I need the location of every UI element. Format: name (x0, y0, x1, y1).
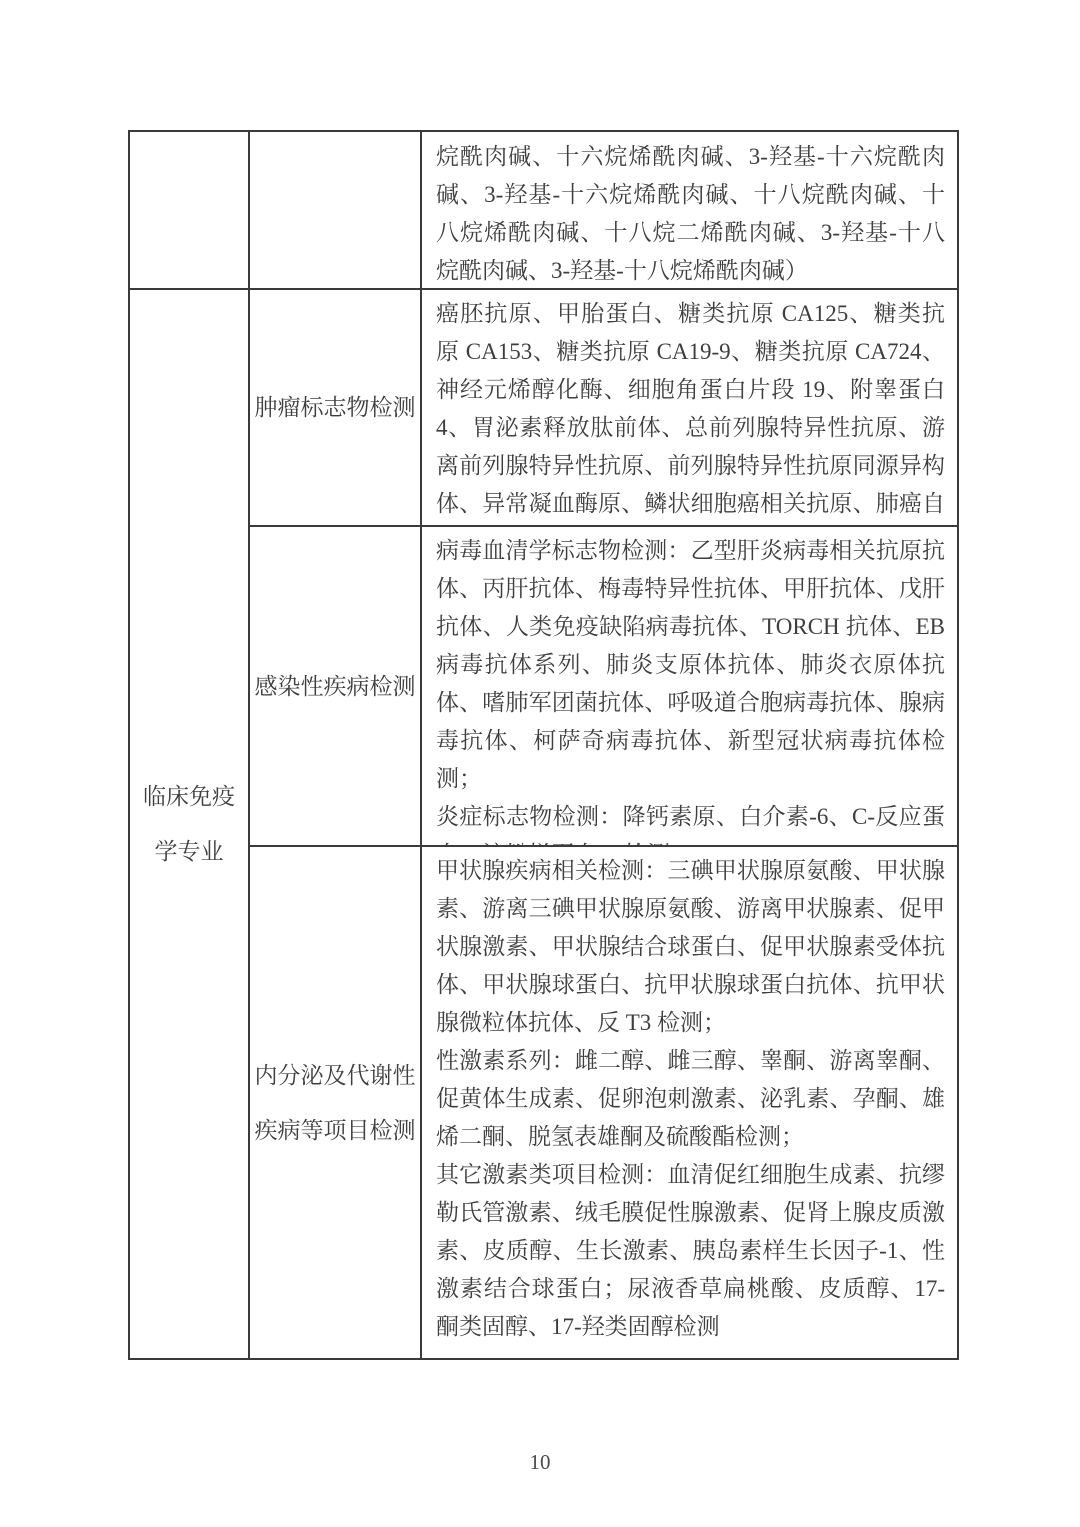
cell-specialty-empty (129, 131, 249, 289)
specialty-label: 临床免疫 学专业 (130, 769, 248, 879)
table-row-infectious-disease: 感染性疾病检测 病毒血清学标志物检测：乙型肝炎病毒相关抗原抗体、丙肝抗体、梅毒特… (129, 526, 958, 846)
category-label-line: 肿瘤标志物检测 (250, 380, 420, 435)
items-paragraph-other-hormones: 其它激素类项目检测：血清促红细胞生成素、抗缪勒氏管激素、绒毛膜促性腺激素、促肾上… (436, 1156, 945, 1346)
table-row-endocrine-metabolic: 内分泌及代谢性 疾病等项目检测 甲状腺疾病相关检测：三碘甲状腺原氨酸、甲状腺素、… (129, 846, 958, 1359)
items-paragraph-viral-serology: 病毒血清学标志物检测：乙型肝炎病毒相关抗原抗体、丙肝抗体、梅毒特异性抗体、甲肝抗… (436, 532, 945, 798)
table-row-carnitine-continuation: 烷酰肉碱、十六烷烯酰肉碱、3-羟基-十六烷酰肉碱、3-羟基-十六烷烯酰肉碱、十八… (129, 131, 958, 289)
items-paragraph-thyroid: 甲状腺疾病相关检测：三碘甲状腺原氨酸、甲状腺素、游离三碘甲状腺原氨酸、游离甲状腺… (436, 852, 945, 1042)
cell-items-tumor-markers: 癌胚抗原、甲胎蛋白、糖类抗原 CA125、糖类抗原 CA153、糖类抗原 CA1… (421, 289, 958, 526)
specialty-label-line-2: 学专业 (130, 824, 248, 879)
cell-category-endocrine-metabolic: 内分泌及代谢性 疾病等项目检测 (249, 846, 421, 1359)
table-row-tumor-markers: 临床免疫 学专业 肿瘤标志物检测 癌胚抗原、甲胎蛋白、糖类抗原 CA125、糖类… (129, 289, 958, 526)
items-textbox: 癌胚抗原、甲胎蛋白、糖类抗原 CA125、糖类抗原 CA153、糖类抗原 CA1… (422, 290, 957, 525)
cell-category-infectious-disease: 感染性疾病检测 (249, 526, 421, 846)
items-textbox: 病毒血清学标志物检测：乙型肝炎病毒相关抗原抗体、丙肝抗体、梅毒特异性抗体、甲肝抗… (422, 527, 957, 845)
items-paragraph: 烷酰肉碱、十六烷烯酰肉碱、3-羟基-十六烷酰肉碱、3-羟基-十六烷烯酰肉碱、十八… (436, 138, 945, 288)
category-label: 肿瘤标志物检测 (250, 380, 420, 435)
items-textbox: 烷酰肉碱、十六烷烯酰肉碱、3-羟基-十六烷酰肉碱、3-羟基-十六烷烯酰肉碱、十八… (422, 133, 957, 288)
cell-category-tumor-markers: 肿瘤标志物检测 (249, 289, 421, 526)
items-paragraph-inflammation-markers: 炎症标志物检测：降钙素原、白介素-6、C-反应蛋白、淀粉样蛋白 A 检测 (436, 798, 945, 845)
items-textbox: 甲状腺疾病相关检测：三碘甲状腺原氨酸、甲状腺素、游离三碘甲状腺原氨酸、游离甲状腺… (422, 847, 957, 1358)
cell-items-carnitine: 烷酰肉碱、十六烷烯酰肉碱、3-羟基-十六烷酰肉碱、3-羟基-十六烷烯酰肉碱、十八… (421, 131, 958, 289)
category-label-line-2: 疾病等项目检测 (250, 1103, 420, 1158)
items-paragraph: 癌胚抗原、甲胎蛋白、糖类抗原 CA125、糖类抗原 CA153、糖类抗原 CA1… (436, 295, 945, 525)
items-paragraph-sex-hormones: 性激素系列：雌二醇、雌三醇、睾酮、游离睾酮、促黄体生成素、促卵泡刺激素、泌乳素、… (436, 1042, 945, 1156)
lab-test-items-table: 烷酰肉碱、十六烷烯酰肉碱、3-羟基-十六烷酰肉碱、3-羟基-十六烷烯酰肉碱、十八… (128, 130, 959, 1360)
cell-category-empty (249, 131, 421, 289)
specialty-label-line-1: 临床免疫 (130, 769, 248, 824)
category-label-line: 感染性疾病检测 (250, 659, 420, 714)
category-label: 感染性疾病检测 (250, 659, 420, 714)
cell-items-infectious-disease: 病毒血清学标志物检测：乙型肝炎病毒相关抗原抗体、丙肝抗体、梅毒特异性抗体、甲肝抗… (421, 526, 958, 846)
cell-specialty-clinical-immunology: 临床免疫 学专业 (129, 289, 249, 1359)
category-label-line-1: 内分泌及代谢性 (250, 1048, 420, 1103)
page-number: 10 (0, 1450, 1080, 1475)
category-label: 内分泌及代谢性 疾病等项目检测 (250, 1048, 420, 1158)
cell-items-endocrine-metabolic: 甲状腺疾病相关检测：三碘甲状腺原氨酸、甲状腺素、游离三碘甲状腺原氨酸、游离甲状腺… (421, 846, 958, 1359)
